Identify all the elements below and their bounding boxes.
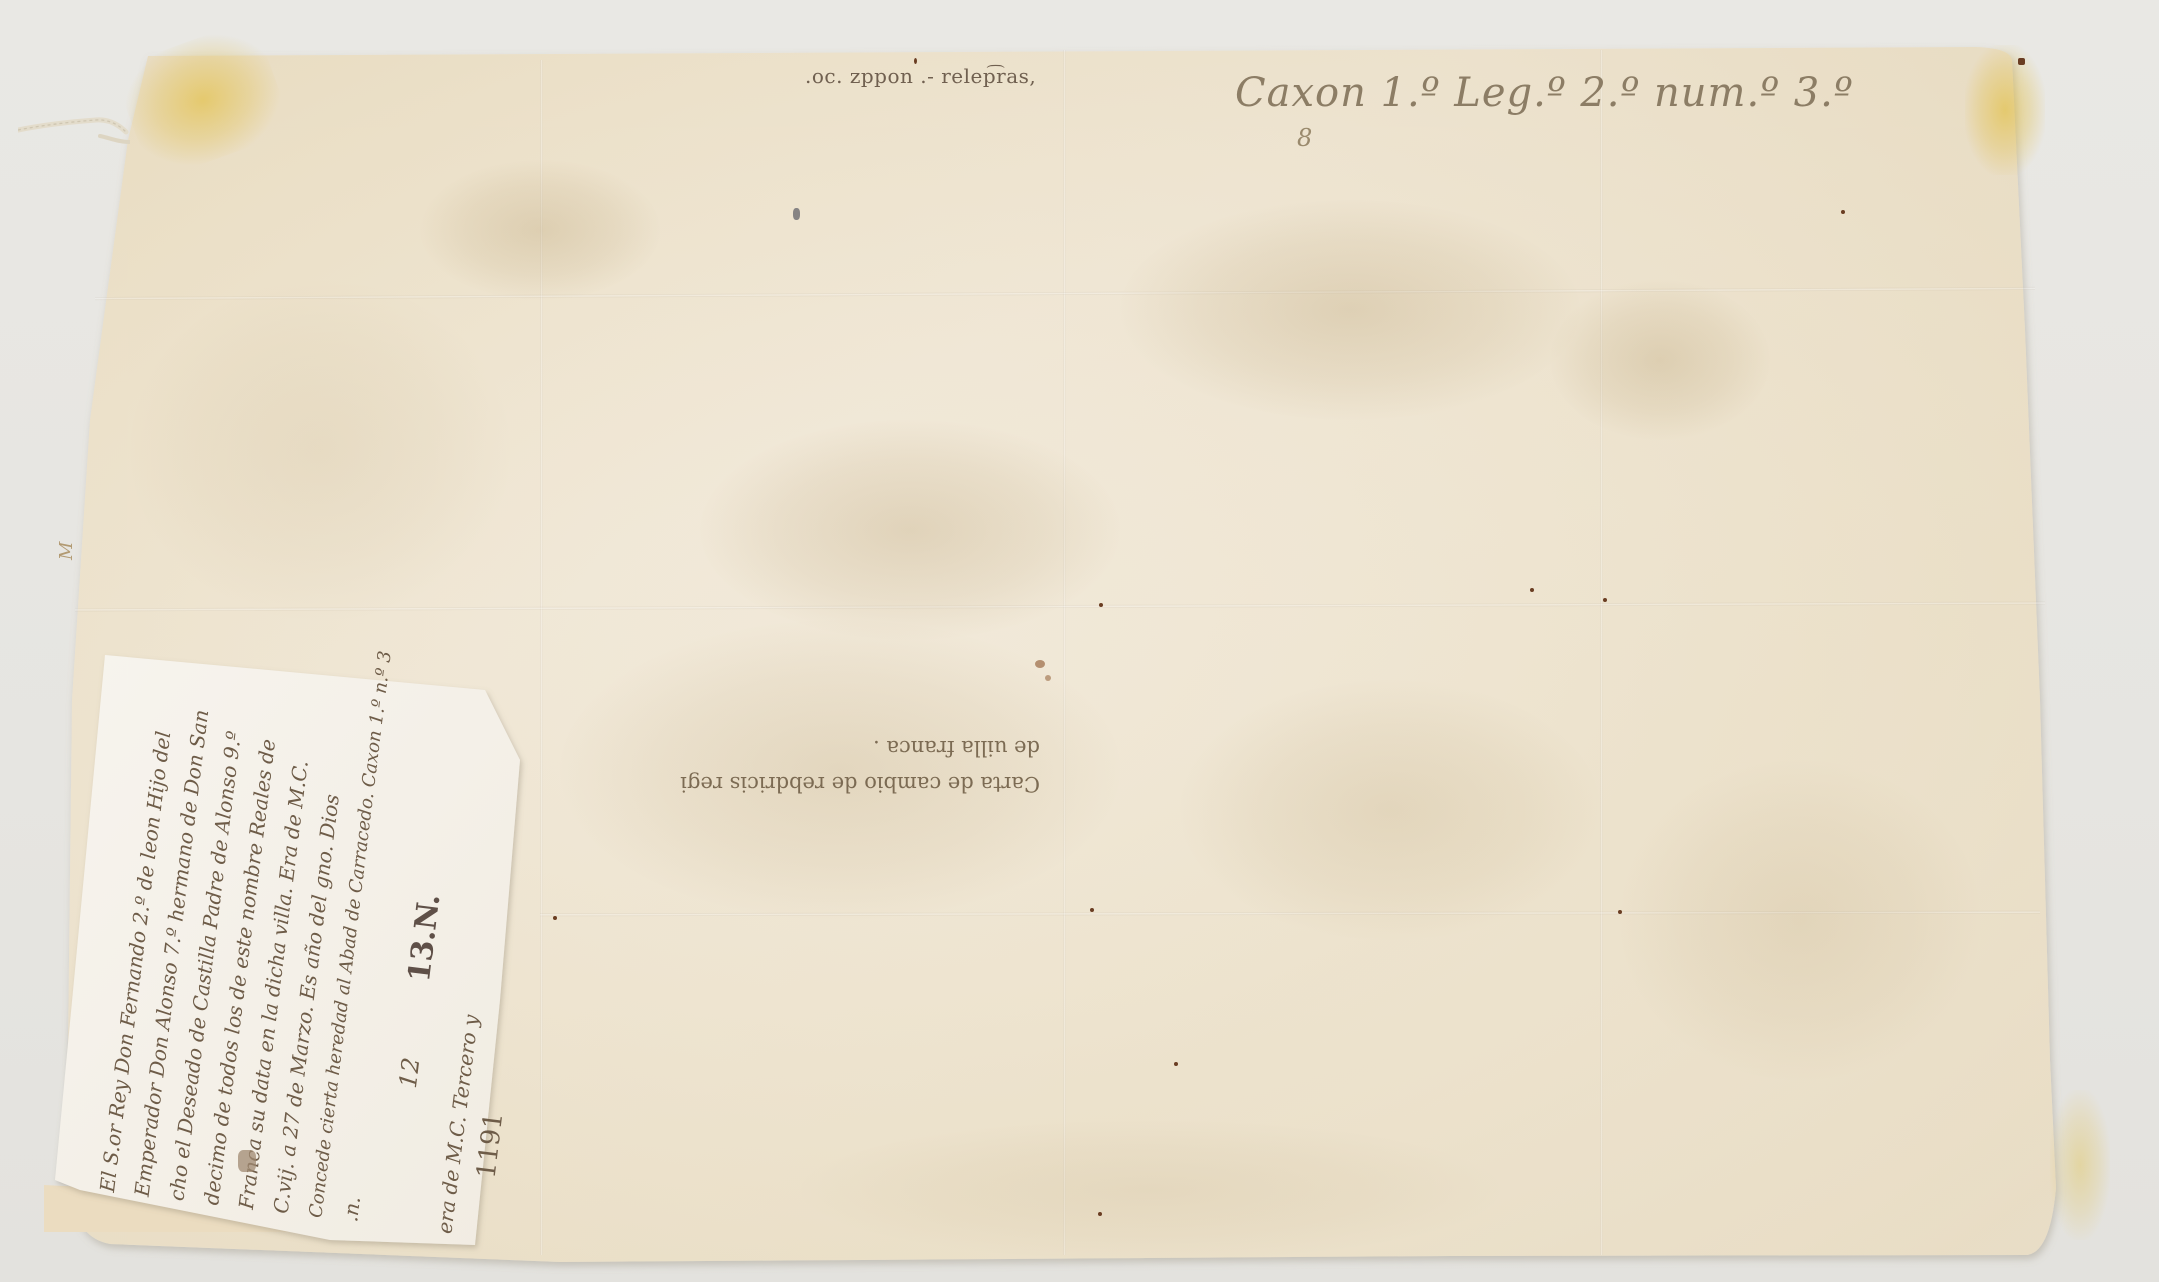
dorsal-note-line-1: Carta de cambio de rebdricis regi (680, 766, 1040, 802)
ink-specks (1035, 660, 1045, 668)
pin-hole (2018, 58, 2025, 65)
dorsal-note-upside-down: Carta de cambio de rebdricis regi de uil… (680, 730, 1040, 802)
pin-hole (1090, 908, 1094, 912)
pin-hole (1099, 603, 1103, 607)
margin-mark: M (56, 542, 77, 560)
top-dorsal-note: .oc. zppon .- relep͡ras, (805, 64, 1036, 88)
label-number-mark: 12 (394, 1056, 426, 1090)
pin-hole (1174, 1062, 1178, 1066)
label-stain (238, 1150, 256, 1172)
pin-hole (1841, 210, 1845, 214)
pin-hole (1530, 588, 1534, 592)
document-photo: Caxon 1.º Leg.º 2.º num.º 3.º 8 .oc. zpp… (0, 0, 2159, 1282)
ink-blot (793, 208, 800, 220)
label-big-mark: 13.N. (402, 892, 447, 984)
pin-hole (1603, 598, 1607, 602)
tie-string (18, 112, 130, 152)
label-text-block: El S.or Rey Don Fernando 2.º de leon Hij… (90, 634, 476, 1229)
ink-specks (1045, 675, 1051, 681)
shelfmark-sub-number: 8 (1297, 124, 1312, 152)
pin-hole (1618, 910, 1622, 914)
pin-hole (553, 916, 557, 920)
dorsal-note-line-2: de uilla franca . (680, 730, 1040, 766)
shelfmark-note: Caxon 1.º Leg.º 2.º num.º 3.º (1235, 70, 1854, 116)
pin-hole (1098, 1212, 1102, 1216)
